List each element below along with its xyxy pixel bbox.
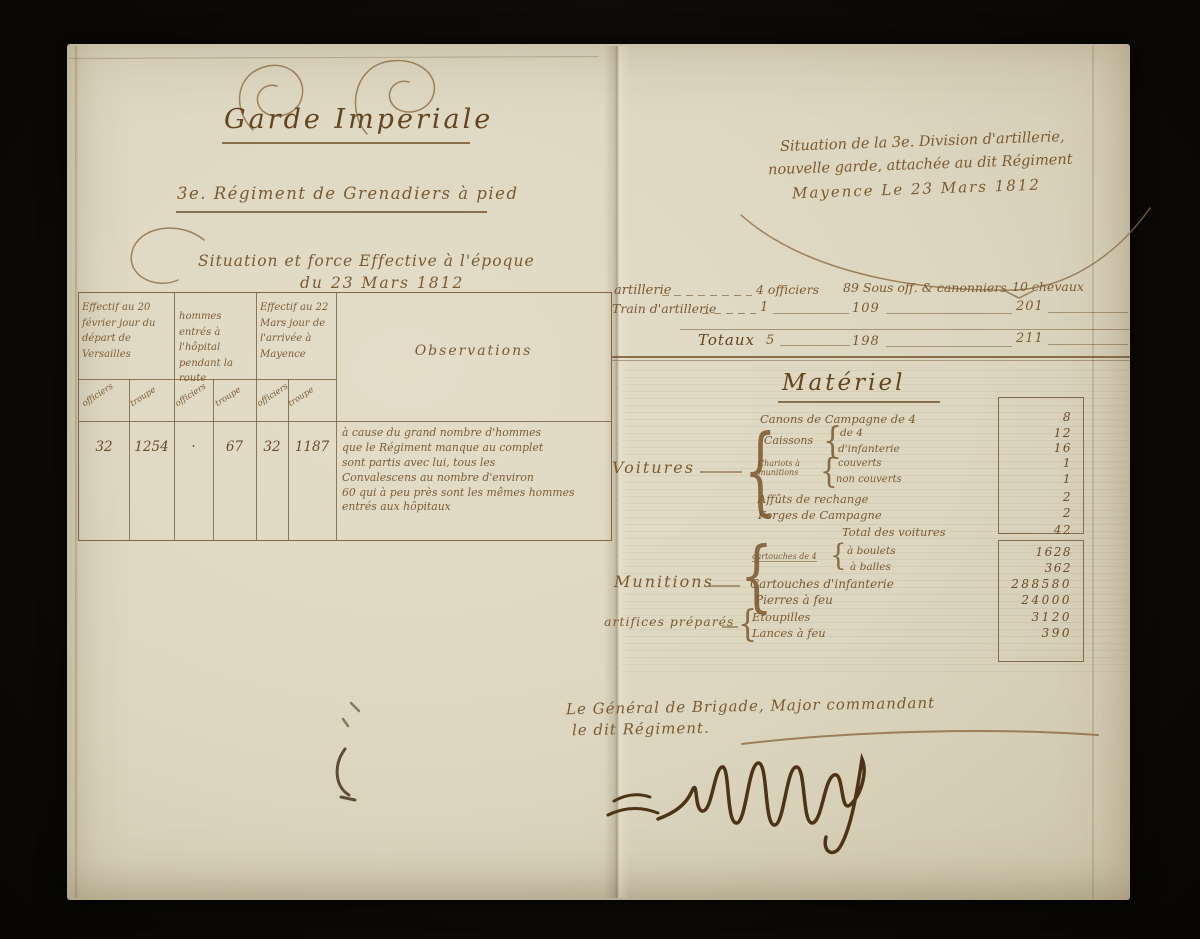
- caissons-de4-value: 12: [998, 426, 1078, 440]
- chariots-couverts-label: couverts: [838, 458, 882, 469]
- observations-line: que le Régiment manque au complet: [342, 441, 606, 456]
- artifices-label: artifices préparés: [604, 614, 734, 629]
- leader-line: [702, 313, 756, 314]
- affuts-label: Affûts de rechange: [758, 492, 868, 506]
- chariots-noncouverts-label: non couverts: [836, 474, 902, 485]
- title-underline: [222, 142, 470, 144]
- boulets-value: 1628: [998, 545, 1078, 559]
- value-officiers-arrivee: 32: [256, 439, 288, 455]
- leader-line: [886, 313, 1012, 314]
- train-hommes: 109: [852, 301, 880, 316]
- leader-line: [662, 295, 752, 296]
- leader-line: [1048, 344, 1128, 345]
- subheader-officiers: officiers: [256, 382, 291, 409]
- situation-heading-line2: du 23 Mars 1812: [300, 274, 464, 292]
- table-grid-line: [79, 421, 611, 422]
- totaux-officiers: 5: [766, 333, 774, 348]
- value-troupe-depart: 1254: [129, 439, 174, 455]
- chariots-couverts-value: 1: [998, 456, 1078, 470]
- regiment-line: 3e. Régiment de Grenadiers à pied: [177, 184, 519, 203]
- lances-a-feu-label: Lances à feu: [752, 626, 826, 640]
- chariots-group-line2: munitions: [758, 468, 800, 477]
- leader-line: [780, 345, 850, 346]
- value-troupe-arrivee: 1187: [288, 439, 336, 455]
- leader-line: [886, 346, 1012, 347]
- column-header-hopital: hommes entrés à l'hôpital pendant la rou…: [179, 309, 251, 387]
- general-signature: [600, 735, 900, 860]
- total-voitures-label: Total des voitures: [842, 525, 946, 539]
- table-grid-line: [174, 293, 175, 540]
- subheader-troupe: troupe: [214, 385, 243, 409]
- forges-label: Forges de Campagne: [758, 508, 882, 522]
- subheader-troupe: troupe: [129, 385, 158, 409]
- dash-line: [708, 585, 740, 587]
- artillerie-hommes: 89 Sous off. & canonniers: [843, 280, 1007, 295]
- dash-line: [722, 626, 738, 628]
- ink-smudge: [315, 685, 385, 820]
- value-officiers-hopital: ·: [174, 439, 213, 455]
- value-officiers-depart: 32: [79, 439, 129, 455]
- forges-value: 2: [998, 506, 1078, 520]
- observations-text: à cause du grand nombre d'hommes que le …: [342, 426, 606, 515]
- canons-value: 8: [998, 410, 1078, 424]
- dash-line: [700, 471, 742, 473]
- materiel-title: Matériel: [782, 370, 905, 396]
- value-troupe-hopital: 67: [213, 439, 256, 455]
- column-header-effectif-depart: Effectif au 20 février jour du départ de…: [82, 300, 170, 362]
- observations-line: Convalescens au nombre d'environ: [342, 471, 606, 486]
- subheader-officiers: officiers: [81, 382, 116, 409]
- observations-line: sont partis avec lui, tous les: [342, 456, 606, 471]
- chariots-noncouverts-value: 1: [998, 472, 1078, 486]
- column-header-observations: Observations: [336, 343, 611, 359]
- artillerie-chevaux: 10 chevaux: [1012, 279, 1084, 294]
- boulets-label: à boulets: [847, 545, 896, 557]
- chariots-group-label: Chariots à munitions: [758, 459, 800, 477]
- subheader-troupe: troupe: [287, 385, 316, 409]
- observations-line: 60 qui à peu près sont les mêmes hommes: [342, 486, 606, 501]
- right-edge-crease: [1092, 46, 1094, 898]
- leader-line: [773, 313, 849, 314]
- table-grid-line: [256, 293, 257, 540]
- train-label: Train d'artillerie: [612, 301, 716, 316]
- lances-a-feu-value: 390: [998, 626, 1078, 640]
- double-rule-top: [612, 356, 1130, 358]
- caissons-de4-label: de 4: [840, 427, 863, 439]
- double-rule-bottom: [612, 360, 1130, 361]
- totaux-chevaux: 211: [1016, 331, 1044, 346]
- totals-separator: [680, 329, 1130, 330]
- total-voitures-value: 42: [998, 523, 1078, 537]
- situation-heading-line1: Situation et force Effective à l'époque: [198, 252, 535, 270]
- observations-line: entrés aux hôpitaux: [342, 500, 606, 515]
- materiel-underline: [778, 401, 940, 403]
- affuts-value: 2: [998, 490, 1078, 504]
- munitions-label: Munitions: [614, 572, 714, 591]
- cartouches-brace: {: [830, 541, 847, 571]
- etoupilles-value: 3120: [998, 610, 1078, 624]
- leader-line: [1048, 312, 1128, 313]
- observations-line: à cause du grand nombre d'hommes: [342, 426, 606, 441]
- totaux-hommes: 198: [852, 334, 880, 349]
- caissons-group-label: Caissons: [764, 434, 813, 447]
- table-grid-line: [336, 293, 337, 540]
- train-chevaux: 201: [1016, 299, 1044, 314]
- balles-value: 362: [998, 561, 1078, 575]
- caissons-infanterie-value: 16: [998, 441, 1078, 455]
- artillerie-officiers: 4 officiers: [756, 282, 819, 297]
- pierres-label: Pierres à feu: [755, 593, 833, 607]
- voitures-label: Voitures: [612, 458, 695, 477]
- balles-label: à balles: [850, 561, 891, 573]
- regiment-underline: [176, 211, 487, 213]
- train-officiers: 1: [760, 300, 768, 315]
- caissons-infanterie-label: d'infanterie: [838, 443, 900, 455]
- table-grid-line: [213, 379, 214, 540]
- chariots-group-line1: Chariots à: [758, 459, 800, 468]
- cartouches-infanterie-value: 288580: [998, 577, 1078, 591]
- etoupilles-label: Étoupilles: [752, 610, 810, 624]
- cartouches-group-label: cartouches de 4: [752, 552, 817, 562]
- pierres-value: 24000: [998, 593, 1078, 607]
- strength-table: Effectif au 20 février jour du départ de…: [78, 292, 612, 541]
- photograph-background: Garde Imperiale 3e. Régiment de Grenadie…: [0, 0, 1200, 939]
- document-title: Garde Imperiale: [224, 104, 493, 135]
- cartouches-infanterie-label: Cartouches d'infanterie: [750, 577, 894, 591]
- totaux-label: Totaux: [698, 331, 755, 349]
- column-header-effectif-arrivee: Effectif au 22 Mars jour de l'arrivée à …: [260, 300, 332, 362]
